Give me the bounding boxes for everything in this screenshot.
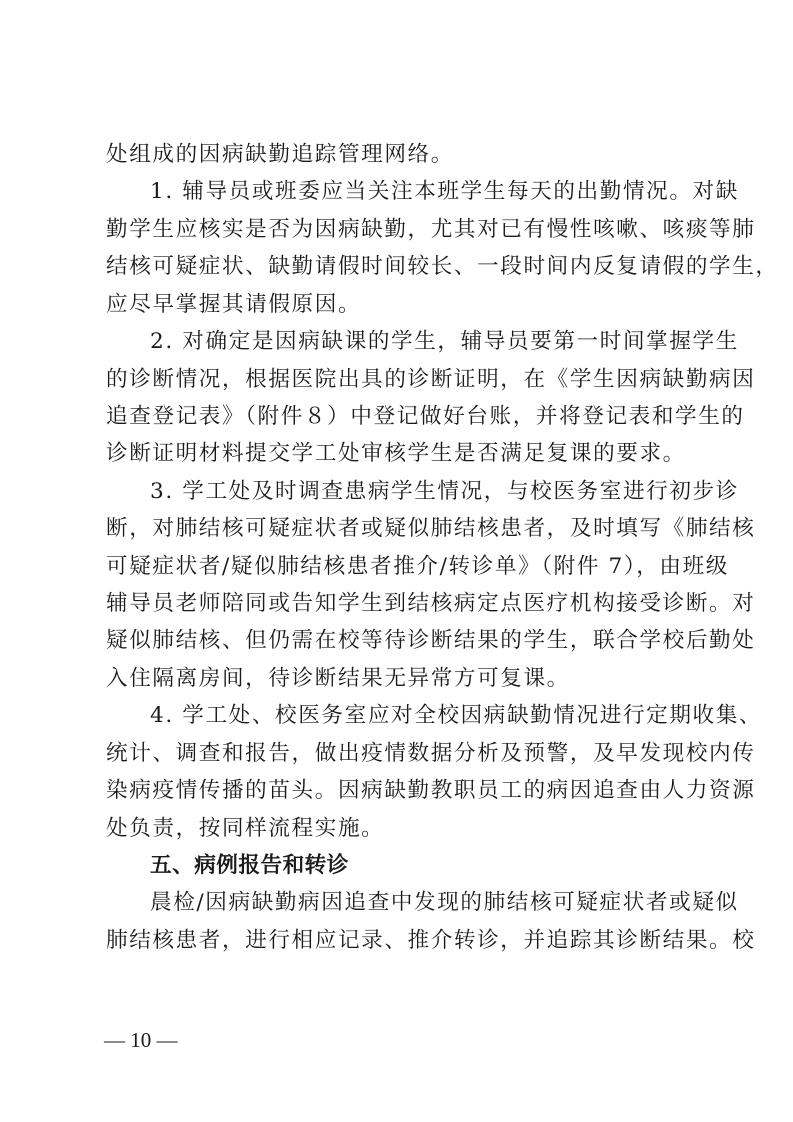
section-heading: 五、病例报告和转诊 [106, 847, 694, 884]
list-item-1-line: 1. 辅导员或班委应当关注本班学生每天的出勤情况。对缺 [106, 173, 694, 210]
paragraph-line: 晨检/因病缺勤病因追查中发现的肺结核可疑症状者或疑似 [106, 884, 694, 921]
paragraph-line: 疑似肺结核、但仍需在校等待诊断结果的学生，联合学校后勤处 [106, 622, 694, 659]
paragraph-line: 肺结核患者，进行相应记录、推介转诊，并追踪其诊断结果。校 [106, 922, 694, 959]
list-item-2-line: 2. 对确定是因病缺课的学生，辅导员要第一时间掌握学生 [106, 323, 694, 360]
paragraph-line: 追查登记表》（附件８）中登记做好台账，并将登记表和学生的 [106, 398, 694, 435]
paragraph-line: 统计、调查和报告，做出疫情数据分析及预警，及早发现校内传 [106, 735, 694, 772]
list-item-4-line: 4. 学工处、校医务室应对全校因病缺勤情况进行定期收集、 [106, 697, 694, 734]
paragraph-line: 可疑症状者/疑似肺结核患者推介/转诊单》（附件 7），由班级 [106, 548, 694, 585]
list-item-3-line: 3. 学工处及时调查患病学生情况，与校医务室进行初步诊 [106, 473, 694, 510]
paragraph-line: 处负责，按同样流程实施。 [106, 810, 694, 847]
paragraph-line: 辅导员老师陪同或告知学生到结核病定点医疗机构接受诊断。对 [106, 585, 694, 622]
document-body: 处组成的因病缺勤追踪管理网络。 1. 辅导员或班委应当关注本班学生每天的出勤情况… [106, 136, 694, 959]
paragraph-line: 诊断证明材料提交学工处审核学生是否满足复课的要求。 [106, 435, 694, 472]
paragraph-line: 染病疫情传播的苗头。因病缺勤教职员工的病因追查由人力资源 [106, 772, 694, 809]
paragraph-line: 断，对肺结核可疑症状者或疑似肺结核患者，及时填写《肺结核 [106, 510, 694, 547]
paragraph-line: 勤学生应核实是否为因病缺勤，尤其对已有慢性咳嗽、咳痰等肺 [106, 211, 694, 248]
paragraph-line: 入住隔离房间，待诊断结果无异常方可复课。 [106, 660, 694, 697]
paragraph-line: 处组成的因病缺勤追踪管理网络。 [106, 136, 694, 173]
paragraph-line: 的诊断情况，根据医院出具的诊断证明，在《学生因病缺勤病因 [106, 361, 694, 398]
page-number: — 10 — [104, 1028, 178, 1053]
document-page: 处组成的因病缺勤追踪管理网络。 1. 辅导员或班委应当关注本班学生每天的出勤情况… [0, 0, 793, 1122]
paragraph-line: 结核可疑症状、缺勤请假时间较长、一段时间内反复请假的学生， [106, 248, 694, 285]
paragraph-line: 应尽早掌握其请假原因。 [106, 286, 694, 323]
